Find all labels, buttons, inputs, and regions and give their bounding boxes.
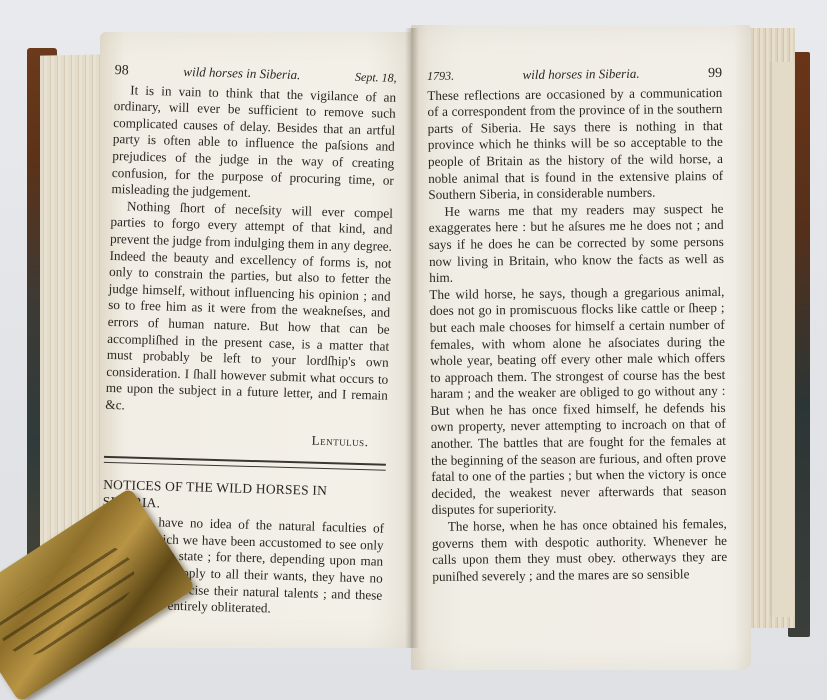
book-gutter: [405, 28, 419, 648]
paragraph: The wild horse, he says, though a gregar…: [429, 284, 726, 519]
right-page-header: 1793. wild horses in Siberia. 99: [427, 65, 722, 86]
right-page-text: 1793. wild horses in Siberia. 99 These r…: [427, 65, 727, 585]
paragraph: It is in vain to think that the vigilanc…: [111, 82, 396, 206]
page-number: 98: [115, 63, 129, 80]
date-head: Sept. 18,: [355, 69, 397, 87]
signature: Lentulus.: [104, 427, 368, 451]
paragraph: Nothing ſhort of neceſsity will ever com…: [105, 198, 393, 422]
paragraph: The horse, when he has once obtained his…: [432, 516, 728, 585]
running-head: wild horses in Siberia.: [183, 64, 300, 84]
page-block-right-inner: [770, 62, 794, 617]
section-divider: [104, 456, 386, 471]
paragraph: He warns me that my readers may suspect …: [428, 201, 724, 287]
running-head: wild horses in Siberia.: [522, 66, 639, 84]
page-number: 99: [708, 66, 722, 83]
paragraph: These reflections are occasioned by a co…: [427, 85, 723, 204]
year-head: 1793.: [427, 68, 454, 85]
